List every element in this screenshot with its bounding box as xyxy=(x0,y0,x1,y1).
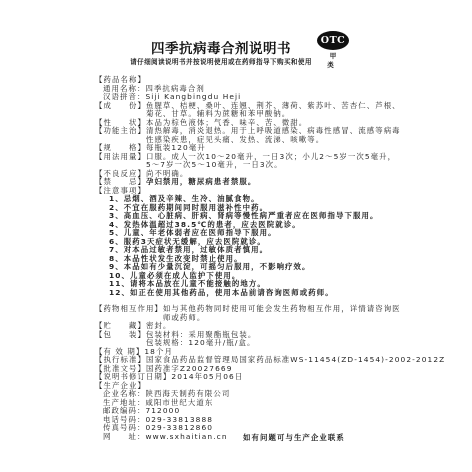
insert-section: 【药物相互作用】如与其他药物同时使用可能会发生药物相互作用，详情请咨询医师或药师… xyxy=(95,305,447,322)
package-insert-page: 四季抗病毒合剂说明书 OTC 甲 类 请仔细阅读说明书并按说明使用或在药师指导下… xyxy=(0,0,472,472)
section-label: 【用法用量】 xyxy=(95,153,146,170)
section-label: 【包 装】 xyxy=(95,331,146,348)
section-text-continued: 师或药师。 xyxy=(163,314,447,323)
section-text-continued: 包装规格：120毫升/瓶/盒。 xyxy=(146,339,447,348)
contact-note: 如有问题可与生产企业联系 xyxy=(243,432,345,443)
otc-icon-label: OTC xyxy=(321,35,345,46)
insert-subtitle: 请仔细阅读说明书并按说明使用或在药师指导下购买和使用 xyxy=(0,56,442,66)
insert-body: 【药品名称】通用名称：四季抗病毒合剂汉语拼音：Siji Kangbingdu H… xyxy=(95,76,447,441)
section-label: 【成 份】 xyxy=(95,102,146,119)
section-label: 【药物相互作用】 xyxy=(95,305,163,322)
section-text: 孕妇禁用，糖尿病患者禁服。 xyxy=(146,178,447,187)
otc-icon: OTC xyxy=(317,31,349,50)
insert-section: 【禁 忌】孕妇禁用，糖尿病患者禁服。 xyxy=(95,178,447,187)
section-subline: 12、如正在使用其他药品，使用本品前请咨询医师或药师。 xyxy=(95,289,447,298)
section-label: 【功能主治】 xyxy=(95,127,146,144)
insert-section: 【包 装】包装材料：采用聚酯瓶包装。包装规格：120毫升/瓶/盒。 xyxy=(95,331,447,348)
insert-section: 【成 份】鱼腥草、桔梗、桑叶、连翘、荆芥、薄荷、紫苏叶、苦杏仁、芦根、菊花、甘草… xyxy=(95,102,447,119)
section-text: 2014年05月06日 xyxy=(171,373,447,382)
insert-section: 【功能主治】清热解毒，消炎退热。用于上呼吸道感染、病毒性感冒、流感等病毒性感染疾… xyxy=(95,127,447,144)
insert-section: 【说明书修订日期】2014年05月06日 xyxy=(95,373,447,382)
page-title: 四季抗病毒合剂说明书 xyxy=(0,37,442,57)
section-text-continued: 5～7岁一次5～10毫升，一日3次。 xyxy=(146,161,447,170)
section-text: 如与其他药物同时使用可能会发生药物相互作用，详情请咨询医 xyxy=(163,305,447,314)
insert-section: 【用法用量】口服。成人一次10～20毫升，一日3次；小儿2～5岁一次5毫升，5～… xyxy=(95,153,447,170)
